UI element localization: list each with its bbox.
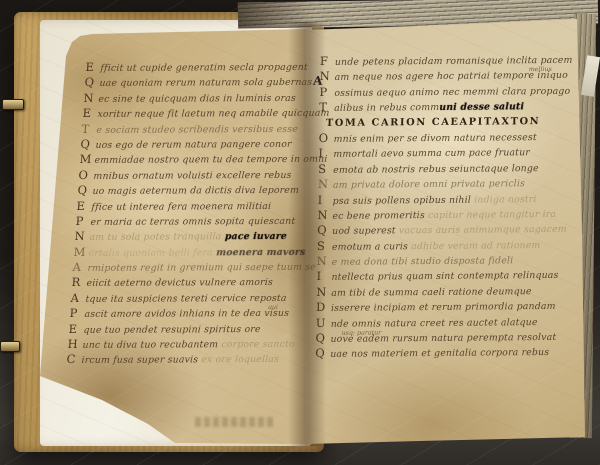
line-initial: A bbox=[72, 260, 84, 275]
manuscript-line: Per maria ac terras omnis sopita quiesca… bbox=[75, 213, 298, 230]
line-text: uae quoniam rerum naturam sola gubernas bbox=[99, 77, 313, 89]
left-page-text: Efficit ut cupide generatim secla propag… bbox=[66, 59, 308, 368]
line-text: ec sine te quicquam dias in luminis oras bbox=[98, 93, 296, 105]
line-initial: N bbox=[74, 229, 86, 244]
manuscript-line: Atque ita suspiciens tereti cervice repo… bbox=[70, 290, 293, 307]
interlinear-gloss: mellius bbox=[529, 62, 552, 78]
line-text: am tibi de summa caeli ratione deumque bbox=[331, 286, 532, 299]
line-initial: P bbox=[75, 214, 87, 229]
line-text: uae nos materiem et genitalia corpora re… bbox=[330, 347, 549, 360]
line-text: que tuo pendet resupini spiritus ore bbox=[83, 324, 261, 336]
manuscript-line: Quos ego de rerum natura pangere conor bbox=[80, 136, 303, 153]
manuscript-line: Te sociam studeo scribendis versibus ess… bbox=[81, 120, 304, 137]
line-initial: E bbox=[76, 198, 88, 213]
line-text: rmipotens regit in gremium qui saepe tuu… bbox=[87, 262, 316, 274]
line-initial: S bbox=[317, 239, 328, 255]
line-initial: D bbox=[316, 300, 327, 316]
interlinear-gloss: aui bbox=[268, 300, 279, 315]
line-initial: C bbox=[66, 352, 78, 367]
line-text: e mea dona tibi studio disposta fideli bbox=[332, 255, 514, 268]
line-text: mmortali aevo summa cum pace fruatur bbox=[333, 147, 530, 160]
manuscript-line: Reiicit aeterno devictus vulnere amoris bbox=[71, 274, 294, 291]
manuscript-line: Exoritur neque fit laetum neq amabile qu… bbox=[82, 105, 305, 122]
line-text: ascit amore avidos inhians in te dea vis… bbox=[84, 308, 289, 320]
line-initial: I bbox=[316, 269, 327, 285]
line-text: uo magis aeternum da dictis diva leporem bbox=[92, 185, 299, 197]
line-text: fficit ut cupide generatim secla propage… bbox=[100, 62, 308, 74]
line-initial: E bbox=[68, 322, 80, 337]
line-initial: H bbox=[67, 337, 79, 352]
manuscript-line: Circum fusa super suavis ex ore loquella… bbox=[66, 351, 289, 368]
line-initial: R bbox=[71, 275, 83, 290]
line-text: am tu sola potes tranquilla pace iuvare bbox=[89, 231, 287, 243]
manuscript-line: Effice ut interea fera moenera militiai bbox=[76, 197, 299, 214]
line-initial: E bbox=[85, 60, 97, 75]
line-text: xoritur neque fit laetum neq amabile qui… bbox=[97, 108, 330, 120]
line-text: ntellecta prius quam sint contempta reli… bbox=[331, 270, 558, 283]
manuscript-line: Quo magis aeternum da dictis diva lepore… bbox=[77, 182, 300, 199]
line-initial: M bbox=[73, 245, 85, 260]
line-text: alibus in rebus communi desse saluti bbox=[334, 101, 524, 114]
line-initial: M bbox=[79, 152, 91, 167]
line-initial: N bbox=[317, 254, 328, 270]
line-initial: N bbox=[318, 177, 329, 193]
line-text: ec bene promeritis capitur neque tangitu… bbox=[332, 209, 556, 222]
right-page-text: Funde petens placidam romanisque inclita… bbox=[315, 52, 566, 362]
manuscript-line: Nec sine te quicquam dias in luminis ora… bbox=[83, 90, 306, 107]
line-initial: N bbox=[316, 285, 327, 301]
clasp-pin-top bbox=[2, 99, 24, 110]
manuscript-line: Omnibus ornatum voluisti excellere rebus bbox=[78, 167, 301, 184]
line-text: emota ab nostris rebus seiunctaque longe bbox=[333, 163, 539, 176]
line-text: unc tu diva tuo recubantem corpore sanct… bbox=[82, 339, 295, 351]
clasp-pin-bottom bbox=[0, 341, 20, 352]
line-initial: I bbox=[318, 146, 329, 162]
line-text: ossimus aequo animo nec memmi clara prop… bbox=[334, 86, 570, 99]
line-initial: U bbox=[316, 316, 327, 332]
line-initial: E bbox=[82, 106, 94, 121]
faint-stamp bbox=[195, 417, 273, 427]
line-text: emmiadae nostro quem tu dea tempore in o… bbox=[94, 154, 328, 166]
manuscript-line: Nam tu sola potes tranquilla pace iuvare bbox=[74, 228, 297, 245]
manuscript-line: Armipotens regit in gremium qui saepe tu… bbox=[72, 259, 295, 276]
line-initial: I bbox=[318, 192, 329, 208]
manuscript-line: Mortalis quoniam belli fera moenera mavo… bbox=[73, 244, 296, 261]
line-text: ircum fusa super suavis ex ore loquellas bbox=[81, 354, 279, 366]
line-initial: O bbox=[319, 131, 330, 147]
line-initial: Q bbox=[317, 223, 328, 239]
line-initial: P bbox=[319, 85, 330, 101]
line-text: am privata dolore omni privata periclis bbox=[333, 178, 525, 191]
line-initial: Q bbox=[84, 75, 96, 90]
line-initial: S bbox=[318, 162, 329, 178]
line-text: uod superest vacuas auris animumque saga… bbox=[332, 224, 567, 237]
line-text: mnibus ornatum voluisti excellere rebus bbox=[93, 170, 292, 182]
manuscript-line: Pascit amore avidos inhians in te dea vi… bbox=[69, 305, 292, 322]
line-text: tque ita suspiciens tereti cervice repos… bbox=[85, 293, 287, 305]
line-initial: N bbox=[83, 91, 95, 106]
manuscript-line: Efficit ut cupide generatim secla propag… bbox=[85, 59, 308, 76]
line-text: isserere incipiam et rerum primordia pan… bbox=[331, 301, 556, 314]
line-text: ffice ut interea fera moenera militiai bbox=[91, 200, 271, 212]
line-initial: Q bbox=[315, 346, 326, 362]
line-initial: T bbox=[81, 122, 93, 137]
photo-background: Efficit ut cupide generatim secla propag… bbox=[0, 0, 600, 465]
line-text: emotum a curis adhibe veram ad rationem bbox=[332, 240, 541, 253]
line-initial: T bbox=[319, 100, 330, 116]
manuscript-line: Quae quoniam rerum naturam sola gubernas… bbox=[84, 74, 307, 91]
line-initial: P bbox=[69, 306, 81, 321]
manuscript-line: Talibus in rebus communi desse saluti bbox=[319, 98, 565, 116]
manuscript-line: Quae nos materiem et genitalia corpora r… bbox=[315, 344, 561, 362]
line-text: eiicit aeterno devictus vulnere amoris bbox=[86, 277, 273, 289]
manuscript-line: Hunc tu diva tuo recubantem corpore sanc… bbox=[67, 336, 290, 353]
line-text: e sociam studeo scribendis versibus esse bbox=[96, 123, 298, 135]
manuscript-line: Memmiadae nostro quem tu dea tempore in … bbox=[79, 151, 302, 168]
line-initial: N bbox=[320, 69, 331, 85]
line-initial: Q bbox=[77, 183, 89, 198]
line-initial: N bbox=[317, 208, 328, 224]
line-initial: A bbox=[70, 291, 82, 306]
line-initial: O bbox=[78, 168, 90, 183]
line-text: uos ego de rerum natura pangere conor bbox=[95, 139, 292, 151]
line-text: er maria ac terras omnis sopita quiescan… bbox=[90, 216, 296, 228]
line-initial: Q bbox=[80, 137, 92, 152]
line-text: psa suis pollens opibus nihil indiga nos… bbox=[333, 194, 537, 207]
line-text: mnis enim per se divom natura necessest bbox=[334, 132, 537, 145]
manuscript-line: Eque tuo pendet resupini spiritus ore bbox=[68, 320, 291, 337]
line-initial: F bbox=[320, 54, 331, 70]
line-initial: Q bbox=[315, 331, 326, 347]
interlinear-gloss: usq; paratur bbox=[341, 325, 381, 341]
line-text: ortalis quoniam belli fera moenera mavor… bbox=[88, 246, 306, 258]
